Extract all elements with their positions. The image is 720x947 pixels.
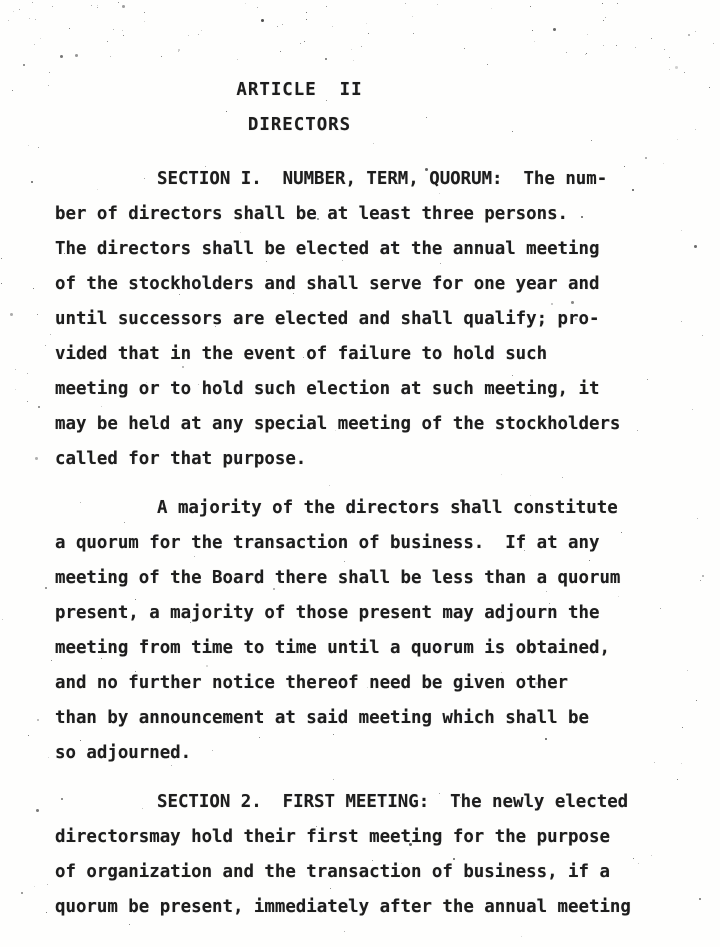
article-subheading: DIRECTORS: [17, 108, 582, 143]
text-line: The directors shall be elected at the an…: [55, 232, 680, 267]
paragraph: SECTION 2. FIRST MEETING: The newly elec…: [55, 785, 680, 925]
text-line: than by announcement at said meeting whi…: [55, 701, 680, 736]
text-line: meeting of the Board there shall be less…: [55, 561, 680, 596]
text-line: of the stockholders and shall serve for …: [55, 267, 680, 302]
text-line: present, a majority of those present may…: [55, 596, 680, 631]
text-line: quorum be present, immediately after the…: [55, 890, 680, 925]
text-line: A majority of the directors shall consti…: [55, 491, 680, 526]
text-line: ber of directors shall be at least three…: [55, 197, 680, 232]
text-line: SECTION 2. FIRST MEETING: The newly elec…: [55, 785, 680, 820]
paragraph: A majority of the directors shall consti…: [55, 491, 680, 771]
document-page: ARTICLE II DIRECTORS SECTION I. NUMBER, …: [0, 0, 720, 947]
text-line: directorsmay hold their first meeting fo…: [55, 820, 680, 855]
text-line: may be held at any special meeting of th…: [55, 407, 680, 442]
page-content: ARTICLE II DIRECTORS SECTION I. NUMBER, …: [0, 0, 720, 925]
text-line: a quorum for the transaction of business…: [55, 526, 680, 561]
text-line: and no further notice thereof need be gi…: [55, 666, 680, 701]
document-headings: ARTICLE II DIRECTORS: [17, 73, 582, 143]
text-line: meeting or to hold such election at such…: [55, 372, 680, 407]
text-line: of organization and the transaction of b…: [55, 855, 680, 890]
document-body: SECTION I. NUMBER, TERM, QUORUM: The num…: [55, 162, 680, 925]
text-line: vided that in the event of failure to ho…: [55, 337, 680, 372]
text-line: called for that purpose.: [55, 442, 680, 477]
text-line: SECTION I. NUMBER, TERM, QUORUM: The num…: [55, 162, 680, 197]
text-line: so adjourned.: [55, 736, 680, 771]
text-line: until successors are elected and shall q…: [55, 302, 680, 337]
article-heading: ARTICLE II: [17, 73, 582, 108]
paragraph: SECTION I. NUMBER, TERM, QUORUM: The num…: [55, 162, 680, 477]
text-line: meeting from time to time until a quorum…: [55, 631, 680, 666]
